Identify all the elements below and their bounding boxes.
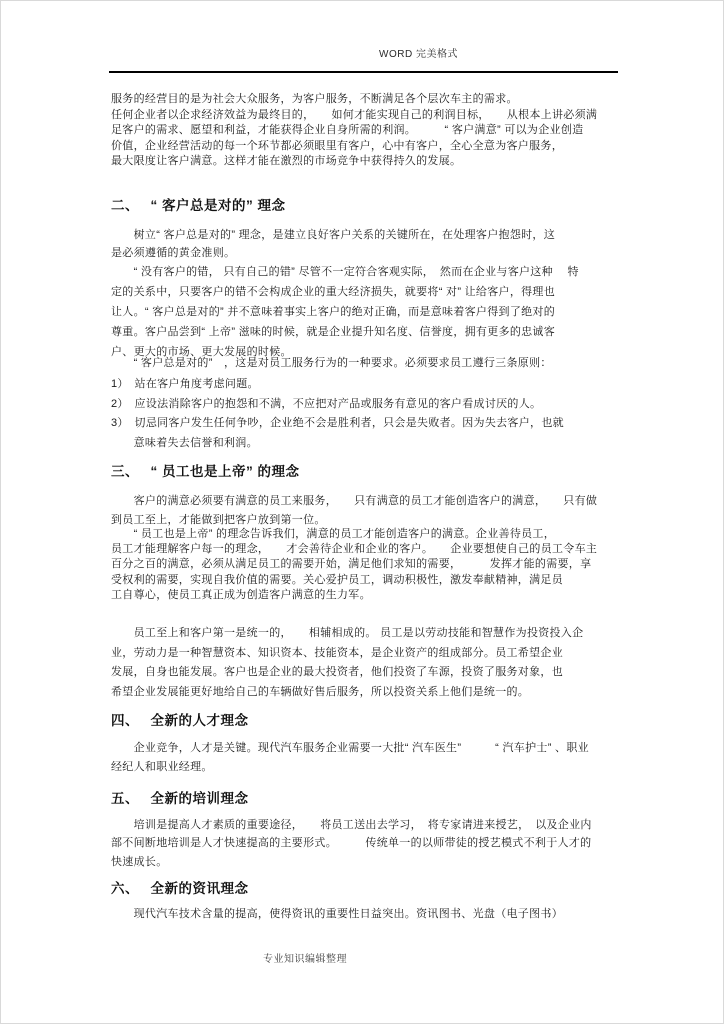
section-heading-information-concept: 六、 全新的资讯理念 — [111, 877, 623, 897]
section-heading-training-concept: 五、 全新的培训理念 — [111, 787, 623, 807]
text-line: 受权利的需要，实现自我价值的需要。关心爱护员工，调动积极性，激发奉献精神，满足员 — [111, 573, 623, 588]
text-line: 任何企业者以企求经济效益为最终目的， 如何才能实现自己的利润目标， 从根本上讲必… — [111, 108, 623, 124]
header-title: WORD 完美格式 — [379, 45, 458, 60]
text-line: 让人。“ 客户总是对的” 并不意味着事实上客户的绝对正确，而是意味着客户得到了绝… — [111, 302, 623, 322]
text-line: 希望企业发展能更好地给自己的车辆做好售后服务，所以投资关系上他们是统一的。 — [111, 683, 623, 703]
text-line: 客户的满意必须要有满意的员工来服务， 只有满意的员工才能创造客户的满意， 只有做 — [111, 492, 623, 511]
text-line: “ 没有客户的错， 只有自己的错” 尽管不一定符合客观实际， 然而在企业与客户这… — [111, 262, 623, 282]
text-line: 意味着失去信誉和利润。 — [111, 434, 623, 454]
text-line: 企业竞争，人才是关键。现代汽车服务企业需要一大批“ 汽车医生” “ 汽车护士” … — [111, 739, 623, 758]
paragraph-no-customer-fault: “ 没有客户的错， 只有自己的错” 尽管不一定符合客观实际， 然而在企业与客户这… — [111, 262, 623, 362]
text-line: 员工才能理解客户每一的理念， 才会善待企业和企业的客户。 企业要想使自己的员工令… — [111, 542, 623, 557]
paragraph-employee-customer-unity: 员工至上和客户第一是统一的， 相辅相成的。 员工是以劳动技能和智慧作为投资投入企… — [111, 624, 623, 702]
text-line: 最大限度让客户满意。这样才能在激烈的市场竞争中获得持久的发展。 — [111, 154, 623, 170]
text-line: 发展，自身也能发展。客户也是企业的最大投资者，他们投资了车源，投资了服务对象，也 — [111, 663, 623, 683]
text-line: 定的关系中，只要客户的错不会构成企业的重大经济损失，就要将“ 对” 让给客户，得… — [111, 282, 623, 302]
document-page: WORD 完美格式 服务的经营目的是为社会大众服务，为客户服务，不断满足各个层次… — [0, 0, 724, 1024]
text-line: 1） 站在客户角度考虑问题。 — [111, 375, 623, 395]
section-heading-employees-are-god: 三、 “ 员工也是上帝” 的理念 — [111, 460, 623, 480]
header-rule-line — [109, 71, 618, 73]
text-line: 尊重。客户品尝到“ 上帝” 滋味的时候，就是企业提升知名度、信誉度，拥有更多的忠… — [111, 322, 623, 342]
numbered-list-principles: 1） 站在客户角度考虑问题。2） 应设法消除客户的抱怨和不满，不应把对产品或服务… — [111, 375, 623, 453]
text-line: 经纪人和职业经理。 — [111, 758, 623, 777]
text-line: 现代汽车技术含量的提高，使得资讯的重要性日益突出。资讯图书、光盘（电子图书） — [111, 907, 623, 922]
text-line: 价值，企业经营活动的每一个环节都必须眼里有客户，心中有客户，全心全意为客户服务， — [111, 139, 623, 155]
text-line: 服务的经营目的是为社会大众服务，为客户服务，不断满足各个层次车主的需求。 — [111, 92, 623, 108]
text-line: 快速成长。 — [111, 853, 623, 871]
text-line: 百分之百的满意，必须从满足员工的需要开始，满足他们求知的需要， 发挥才能的需要，… — [111, 557, 623, 572]
paragraph-information-importance: 现代汽车技术含量的提高，使得资讯的重要性日益突出。资讯图书、光盘（电子图书） — [111, 907, 623, 922]
text-line: 员工至上和客户第一是统一的， 相辅相成的。 员工是以劳动技能和智慧作为投资投入企 — [111, 624, 623, 644]
text-line: 足客户的需求、愿望和利益，才能获得企业自身所需的利润。 “ 客户满意” 可以为企… — [111, 123, 623, 139]
text-line: 业，劳动力是一种智慧资本、知识资本、技能资本，是企业资产的组成部分。员工希望企业 — [111, 644, 623, 664]
text-line: 2） 应设法消除客户的抱怨和不满，不应把对产品或服务有意见的客户看成讨厌的人。 — [111, 395, 623, 415]
intro-paragraph: 服务的经营目的是为社会大众服务，为客户服务，不断满足各个层次车主的需求。任何企业… — [111, 92, 623, 170]
section-heading-talent-concept: 四、 全新的人才理念 — [111, 709, 623, 729]
section-heading-customer-always-right: 二、 “ 客户总是对的” 理念 — [111, 194, 623, 214]
paragraph-satisfied-employees: 客户的满意必须要有满意的员工来服务， 只有满意的员工才能创造客户的满意， 只有做… — [111, 492, 623, 530]
paragraph-three-principles-lead: “ 客户总是对的” ，这是对员工服务行为的一种要求。必须要求员工遵行三条原则： — [111, 356, 623, 371]
text-line: “ 客户总是对的” ，这是对员工服务行为的一种要求。必须要求员工遵行三条原则： — [111, 356, 623, 371]
paragraph-golden-rule: 树立“ 客户总是对的” 理念，是建立良好客户关系的关键所在，在处理客户抱怨时，这… — [111, 226, 623, 262]
text-line: 部不间断地培训是人才快速提高的主要形式。 传统单一的以师带徒的授艺模式不利于人才… — [111, 834, 623, 852]
text-line: 培训是提高人才素质的重要途径， 将员工送出去学习， 将专家请进来授艺， 以及企业… — [111, 816, 623, 834]
text-line: 工自尊心，使员工真正成为创造客户满意的生力军。 — [111, 588, 623, 603]
text-line: 3） 切忌同客户发生任何争吵，企业绝不会是胜利者，只会是失败者。因为失去客户，也… — [111, 414, 623, 434]
text-line: 是必须遵循的黄金准则。 — [111, 244, 623, 262]
text-line: 树立“ 客户总是对的” 理念，是建立良好客户关系的关键所在，在处理客户抱怨时，这 — [111, 226, 623, 244]
paragraph-training-importance: 培训是提高人才素质的重要途径， 将员工送出去学习， 将专家请进来授艺， 以及企业… — [111, 816, 623, 871]
footer-label: 专业知识编辑整理 — [263, 950, 347, 965]
paragraph-talent-competition: 企业竞争，人才是关键。现代汽车服务企业需要一大批“ 汽车医生” “ 汽车护士” … — [111, 739, 623, 776]
text-line: “ 员工也是上帝” 的理念告诉我们，满意的员工才能创造客户的满意。企业善待员工， — [111, 527, 623, 542]
paragraph-treat-employees-well: “ 员工也是上帝” 的理念告诉我们，满意的员工才能创造客户的满意。企业善待员工，… — [111, 527, 623, 603]
